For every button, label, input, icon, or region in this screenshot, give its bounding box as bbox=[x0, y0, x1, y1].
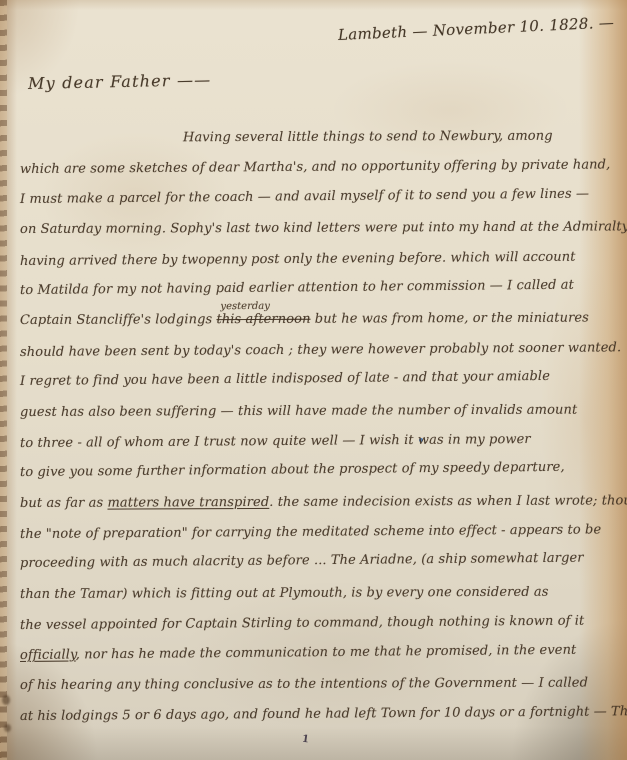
line-text: having arrived there by twopenny post on… bbox=[20, 249, 576, 268]
line-text: the vessel appointed for Captain Stirlin… bbox=[20, 614, 584, 633]
letter-body: Having several little things to send to … bbox=[20, 124, 621, 732]
letter-salutation: My dear Father —— bbox=[28, 70, 212, 93]
underlined-text: matters have transpired bbox=[107, 495, 269, 511]
letter-line: proceeding with as much alacrity as befo… bbox=[20, 544, 621, 580]
correction-group: yesterdaythis afternoon bbox=[216, 312, 310, 327]
line-text: of his hearing any thing conclusive as t… bbox=[20, 676, 588, 693]
ink-mark: 1 bbox=[301, 734, 309, 746]
line-text: I must make a parcel for the coach — and… bbox=[20, 186, 589, 206]
letter-line: Having several little things to send to … bbox=[20, 121, 621, 154]
line-text: which are some sketches of dear Martha's… bbox=[20, 158, 610, 178]
letter-line: than the Tamar) which is fitting out at … bbox=[20, 577, 621, 610]
letter-dateline: Lambeth — November 10. 1828. — bbox=[338, 13, 619, 44]
line-text: at his lodgings 5 or 6 days ago, and fou… bbox=[20, 705, 627, 725]
letter-line-with-underline: but as far as matters have transpired. t… bbox=[20, 486, 621, 519]
line-text: I regret to find you have been a little … bbox=[20, 369, 550, 389]
line-text: but as far as bbox=[20, 495, 108, 510]
letter-line: I regret to find you have been a little … bbox=[20, 361, 621, 397]
struck-text: this afternoon bbox=[216, 312, 310, 327]
letter-line-with-underline: officially, nor has he made the communic… bbox=[20, 635, 621, 671]
line-text: should have been sent by today's coach ;… bbox=[20, 340, 621, 360]
line-text: . the same indecision exists as when I l… bbox=[269, 493, 627, 510]
line-text: , nor has he made the communication to m… bbox=[76, 642, 577, 662]
line-text: than the Tamar) which is fitting out at … bbox=[20, 585, 549, 602]
letter-line: guest has also been suffering — this wil… bbox=[20, 395, 621, 428]
letter-line: to Matilda for my not having paid earlie… bbox=[20, 270, 621, 306]
line-text: but he was from home, or the miniatures bbox=[311, 311, 589, 327]
line-text: to Matilda for my not having paid earlie… bbox=[20, 278, 574, 298]
line-text: to three - all of whom are I trust now q… bbox=[20, 432, 531, 451]
ink-speck bbox=[2, 695, 10, 705]
line-text: proceeding with as much alacrity as befo… bbox=[20, 551, 584, 571]
line-text: Captain Stancliffe's lodgings bbox=[20, 312, 217, 328]
torn-binding-edge bbox=[0, 0, 17, 760]
letter-line: I must make a parcel for the coach — and… bbox=[20, 179, 621, 215]
line-text: guest has also been suffering — this wil… bbox=[20, 402, 577, 419]
line-text: the "note of preparation" for carrying t… bbox=[20, 523, 601, 543]
letter-line: of his hearing any thing conclusive as t… bbox=[20, 668, 621, 701]
underlined-text: officially bbox=[20, 647, 76, 663]
letter-line: at his lodgings 5 or 6 days ago, and fou… bbox=[20, 698, 621, 733]
ink-speck bbox=[4, 724, 11, 732]
letter-scan-page: Lambeth — November 10. 1828. — My dear F… bbox=[0, 0, 627, 760]
letter-line: on Saturday morning. Sophy's last two ki… bbox=[20, 213, 621, 246]
line-text: Having several little things to send to … bbox=[183, 129, 553, 146]
line-text: to give you some further information abo… bbox=[20, 460, 565, 480]
letter-line-with-correction: Captain Stancliffe's lodgings yesterdayt… bbox=[20, 304, 621, 337]
interlinear-insertion: yesterday bbox=[220, 302, 269, 312]
letter-line: to give you some further information abo… bbox=[20, 453, 621, 489]
line-text: on Saturday morning. Sophy's last two ki… bbox=[20, 220, 627, 238]
